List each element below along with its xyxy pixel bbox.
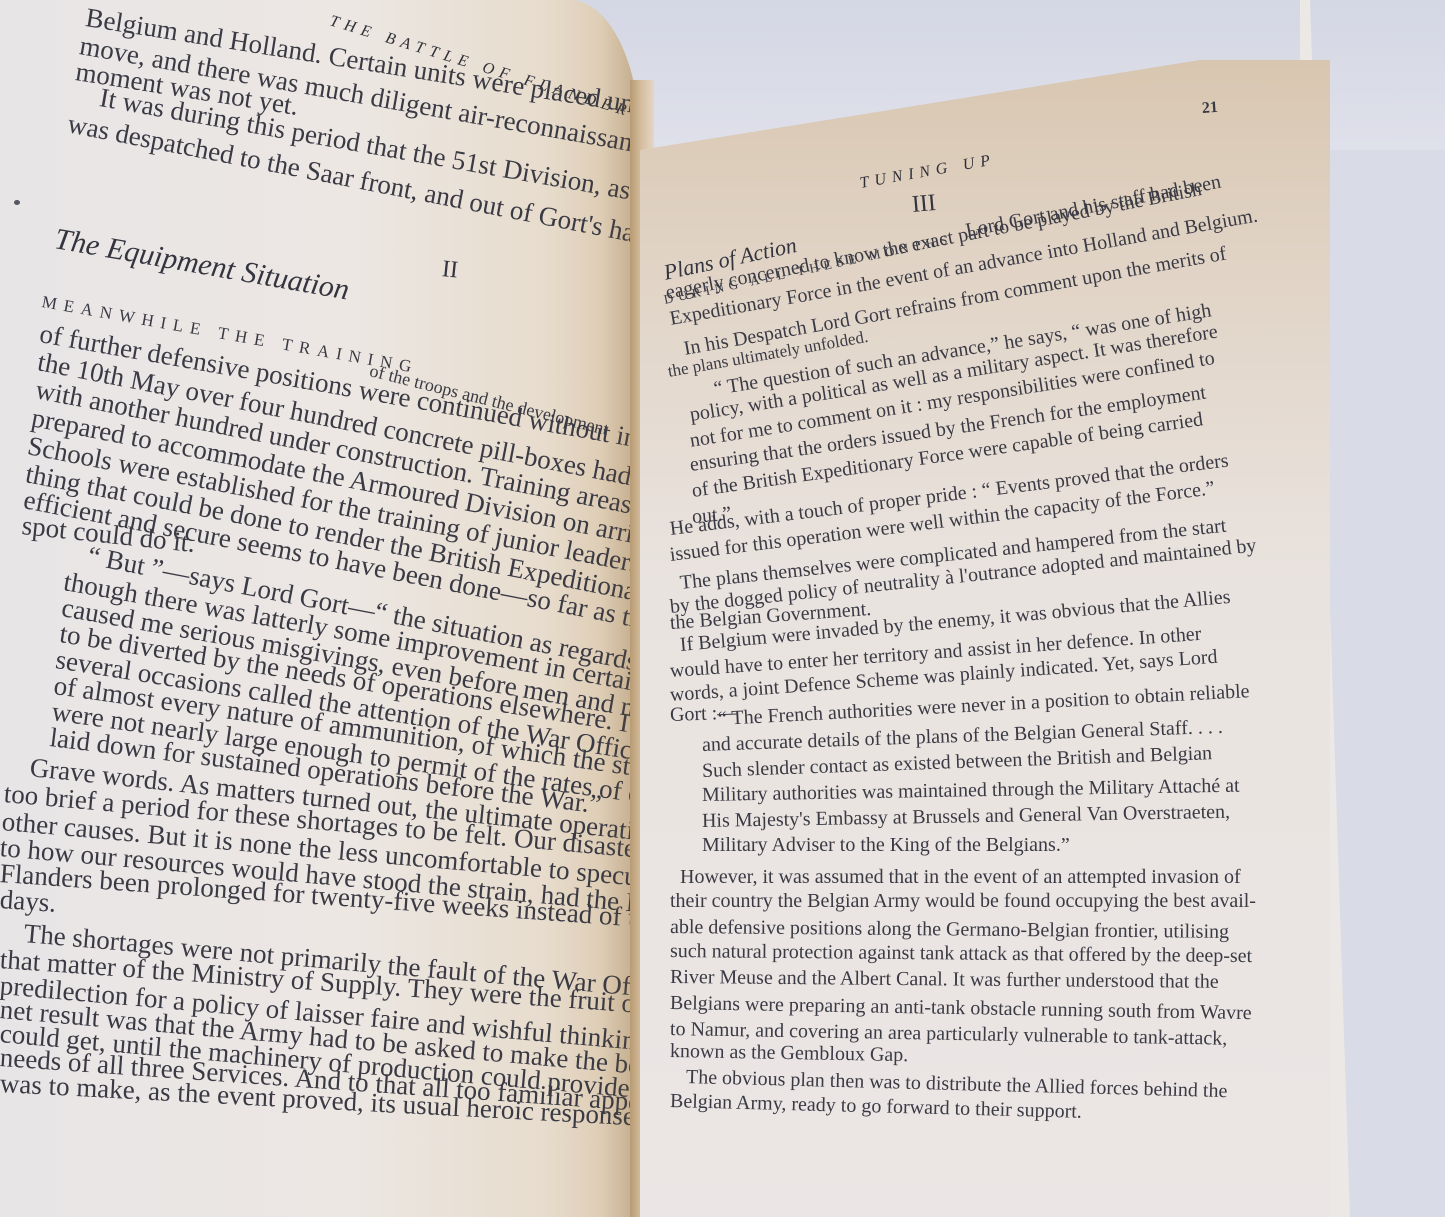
left-section-title: The Equipment Situation: [52, 222, 352, 307]
left-body-line: days.: [0, 884, 57, 919]
page-number: 21: [1201, 99, 1218, 118]
right-page: 21 TUNING UP III Plans of Action DURING …: [640, 60, 1330, 1217]
right-section-number: III: [911, 190, 937, 219]
left-page: THE BATTLE OF FLANDERS Belgium and Holla…: [0, 0, 640, 1217]
right-body-line: However, it was assumed that in the even…: [680, 866, 1241, 889]
right-body-line: known as the Gembloux Gap.: [670, 1040, 909, 1067]
right-body-line: River Meuse and the Albert Canal. It was…: [670, 966, 1219, 994]
right-body-line: Military Adviser to the King of the Belg…: [702, 834, 1070, 857]
left-section-number: II: [441, 256, 460, 285]
right-body-line: able defensive positions along the Germa…: [670, 916, 1229, 944]
right-body-line: their country the Belgian Army would be …: [670, 890, 1256, 913]
ink-speck: [14, 200, 20, 205]
right-body-line: such natural protection against tank att…: [670, 940, 1252, 968]
right-running-head: TUNING UP: [858, 151, 997, 193]
